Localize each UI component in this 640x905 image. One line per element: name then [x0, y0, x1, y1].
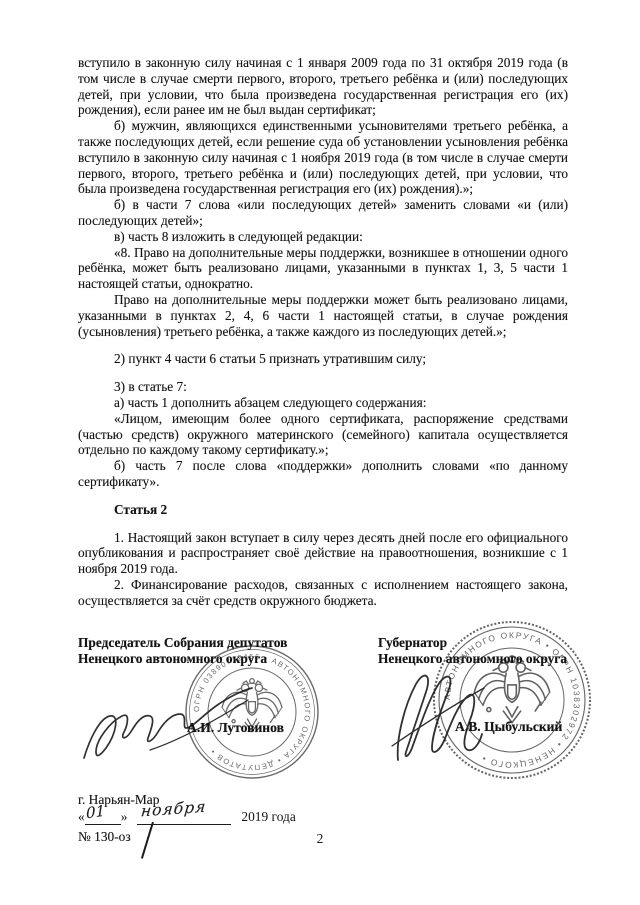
law-item: 3) в статье 7:: [78, 379, 568, 395]
date-close-quote: »: [121, 809, 128, 824]
signatory-title-left-line2: Ненецкого автономного округа: [78, 651, 287, 667]
date-line: «01»ноября2019 года: [78, 806, 296, 828]
law-item: «8. Право на дополнительные меры поддерж…: [78, 245, 568, 292]
signature-right-stroke: [392, 676, 484, 760]
paragraph-continuation: вступило в законную силу начиная с 1 янв…: [78, 55, 568, 118]
signatory-name-left: А.И. Лутовинов: [187, 720, 284, 736]
article-2-heading: Статья 2: [78, 502, 568, 518]
law-item: Право на дополнительные меры поддержки м…: [78, 292, 568, 339]
law-item: «Лицом, имеющим более одного сертификата…: [78, 411, 568, 458]
date-day-blank: 01: [85, 806, 121, 825]
law-item: б) часть 7 после слова «поддержки» допол…: [78, 458, 568, 490]
svg-text:ОГРН 03890712456 • АВТОНОМНОГО: ОГРН 03890712456 • АВТОНОМНОГО ОКРУГА • …: [192, 652, 312, 772]
scanned-law-page: вступило в законную силу начиная с 1 янв…: [0, 0, 640, 905]
law-item: в) часть 8 изложить в следующей редакции…: [78, 229, 568, 245]
date-year: 2019 года: [241, 809, 295, 824]
law-item: 2) пункт 4 части 6 статьи 5 признать утр…: [78, 351, 568, 367]
law-item: б) в части 7 слова «или последующих дете…: [78, 197, 568, 229]
date-open-quote: «: [78, 809, 85, 824]
law-item: а) часть 1 дополнить абзацем следующего …: [78, 395, 568, 411]
page-number: 2: [0, 831, 640, 847]
signatory-title-left: Председатель Собрания депутатов Ненецког…: [78, 635, 287, 667]
signatory-title-right: Губернатор Ненецкого автономного округа: [378, 635, 567, 667]
article-2-paragraph: 1. Настоящий закон вступает в силу через…: [78, 530, 568, 577]
handwritten-month: ноября: [141, 798, 208, 821]
signatory-title-right-line2: Ненецкого автономного округа: [378, 651, 567, 667]
law-text-block: вступило в законную силу начиная с 1 янв…: [78, 55, 568, 609]
article-2-paragraph: 2. Финансирование расходов, связанных с …: [78, 577, 568, 609]
signatory-name-right: А.В. Цыбульский: [455, 719, 562, 735]
seal-left-ring-text: ОГРН 03890712456 • АВТОНОМНОГО ОКРУГА • …: [192, 652, 312, 772]
handwritten-day: 01: [85, 802, 105, 823]
signatory-title-left-line1: Председатель Собрания депутатов: [78, 635, 287, 651]
signatory-title-right-line1: Губернатор: [378, 635, 567, 651]
law-item: б) мужчин, являющихся единственными усын…: [78, 118, 568, 197]
